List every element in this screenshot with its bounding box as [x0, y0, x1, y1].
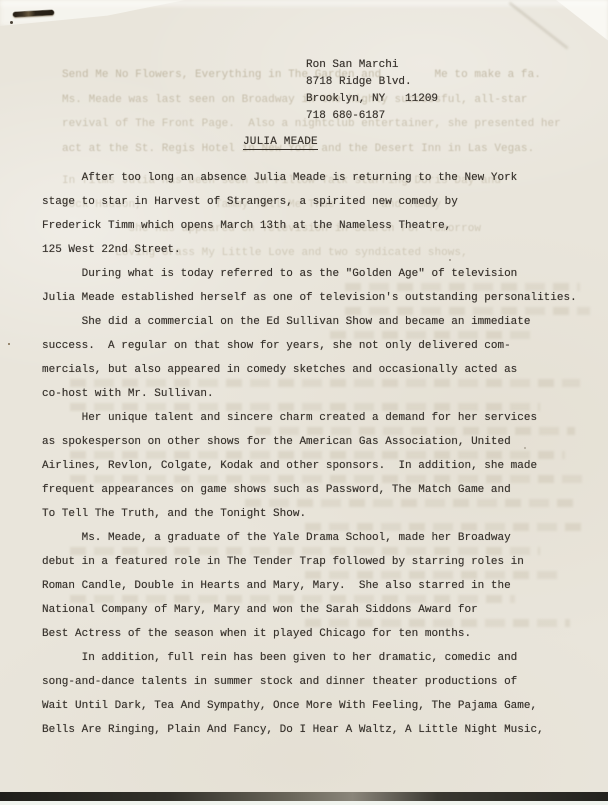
paper-speck — [8, 343, 10, 345]
body-line: debut in a featured role in The Tender T… — [42, 550, 602, 574]
body-line: mercials, but also appeared in comedy sk… — [42, 358, 602, 382]
body-line: co-host with Mr. Sullivan. — [42, 382, 602, 406]
body-line: To Tell The Truth, and the Tonight Show. — [42, 502, 602, 526]
body-line: 125 West 22nd Street. — [42, 238, 602, 262]
body-line: During what is today referred to as the … — [42, 262, 602, 286]
contact-line: 8718 Ridge Blvd. — [306, 74, 438, 91]
contact-line: Ron San Marchi — [306, 57, 438, 74]
ghost-text-line: Send Me No Flowers, Everything in The Ga… — [62, 68, 541, 82]
body-line: After too long an absence Julia Meade is… — [42, 166, 602, 190]
body-line: stage to star in Harvest of Strangers, a… — [42, 190, 602, 214]
contact-line: 718 680-6187 — [306, 108, 438, 125]
body-line: Roman Candle, Double in Hearts and Mary,… — [42, 574, 602, 598]
scanner-background-strip — [0, 801, 608, 805]
body-line: Her unique talent and sincere charm crea… — [42, 406, 602, 430]
paper-speck — [10, 21, 13, 24]
body-line: In addition, full rein has been given to… — [42, 646, 602, 670]
contact-line: Brooklyn, NY 11209 — [306, 91, 438, 108]
body-line: Frederick Timm which opens March 13th at… — [42, 214, 602, 238]
fold-crease-line — [509, 2, 569, 49]
top-right-corner-fold — [536, 0, 608, 52]
scan-edge-shadow — [0, 792, 608, 801]
body-line: Julia Meade established herself as one o… — [42, 286, 602, 310]
body-line: frequent appearances on game shows such … — [42, 478, 602, 502]
body-line: Best Actress of the season when it playe… — [42, 622, 602, 646]
body-line: National Company of Mary, Mary and won t… — [42, 598, 602, 622]
scanned-press-release-page: Send Me No Flowers, Everything in The Ga… — [0, 0, 608, 805]
body-line: Bells Are Ringing, Plain And Fancy, Do I… — [42, 718, 602, 742]
page-title: JULIA MEADE — [243, 136, 318, 150]
paper-sheet: Send Me No Flowers, Everything in The Ga… — [0, 0, 608, 792]
body-line: Wait Until Dark, Tea And Sympathy, Once … — [42, 694, 602, 718]
page-title-wrap: JULIA MEADE — [243, 131, 318, 150]
body-line: as spokesperson on other shows for the A… — [42, 430, 602, 454]
body-line: song-and-dance talents in summer stock a… — [42, 670, 602, 694]
body-line: She did a commercial on the Ed Sullivan … — [42, 310, 602, 334]
body-line: success. A regular on that show for year… — [42, 334, 602, 358]
body-line: Ms. Meade, a graduate of the Yale Drama … — [42, 526, 602, 550]
document-body: After too long an absence Julia Meade is… — [42, 166, 602, 742]
contact-block: Ron San Marchi8718 Ridge Blvd.Brooklyn, … — [306, 57, 438, 125]
body-line: Airlines, Revlon, Colgate, Kodak and oth… — [42, 454, 602, 478]
ghost-text-line: Ms. Meade was last seen on Broadway in t… — [62, 93, 528, 107]
